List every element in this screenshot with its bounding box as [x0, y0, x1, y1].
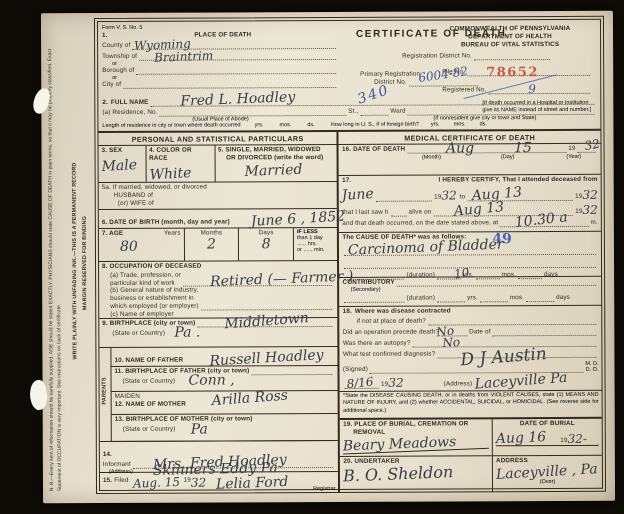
occupation-a2: particular kind of work	[110, 279, 181, 287]
form-header: Form V. S. No. 5 1. PLACE OF DEATH Count…	[98, 20, 600, 89]
month-sub-label: (Month)	[422, 154, 441, 160]
burial-place-cell: 19. PLACE OF BURIAL, CREMATION OR REMOVA…	[340, 419, 492, 457]
certify-row: 17. I HEREBY CERTIFY, That I attended de…	[339, 175, 601, 233]
q18-autopsy-value: No	[442, 336, 461, 349]
certify-saw-value: Aug 13	[454, 200, 505, 219]
father-name-row: 10. NAME OF FATHER Russell Hoadley	[111, 347, 338, 367]
age-months-value: 2	[188, 237, 236, 251]
certificate-paper: N. B.—Every item of information should b…	[41, 11, 615, 503]
certify-yr1-pre: 19	[434, 193, 441, 201]
cause-footnote: *State the DISEASE CAUSING DEATH, or in …	[340, 391, 602, 420]
signed-label: (Signed)	[343, 366, 368, 374]
us-ds-label: ds.	[480, 121, 487, 127]
certify-yr2-value: 32	[582, 189, 597, 201]
age-days-cell: Days 8	[238, 228, 293, 260]
us-yrs-label: yrs.	[431, 121, 440, 127]
certify-line2b: alive on	[409, 208, 432, 216]
age-days-value: 8	[242, 237, 290, 251]
informant-row: 14. Informant Mrs. Fred Hoadley (Address…	[100, 440, 339, 473]
q18-number: 18.	[343, 308, 352, 316]
birthplace-sub-label: (State or Country)	[112, 330, 165, 338]
burial-block: 19. PLACE OF BURIAL, CREMATION OR REMOVA…	[340, 419, 602, 493]
mother-birthplace-label: 13. BIRTHPLACE OF MOTHER (city or town)	[115, 415, 335, 424]
county-label: County of	[102, 42, 130, 50]
father-birthplace-row: 11. BIRTHPLACE OF FATHER (city or town) …	[111, 366, 338, 392]
marital-label-1: 5. SINGLE, MARRIED, WIDOWED	[218, 146, 334, 154]
parents-side-label: PARENTS	[101, 348, 108, 434]
length-mos-label: mos.	[279, 122, 291, 128]
scan-photo: { "margin_notes": { "nb": "N. B.—Every i…	[0, 0, 624, 514]
year-sub-label: (Year)	[566, 154, 581, 160]
contributory-row: CONTRIBUTORY (Secondary) (duration) yrs.…	[340, 277, 602, 307]
q18-dateof-label: Date of	[469, 328, 490, 336]
age-label: 7. AGE	[102, 230, 123, 238]
occupation-b3: which employed (or employer)	[110, 303, 199, 311]
ward-label: Ward	[390, 108, 405, 116]
age-years-label: Years	[164, 230, 181, 238]
signature-date-value: 8/16	[346, 375, 374, 390]
residence-label: (a) Residence, No.	[102, 109, 157, 117]
sex-label: 3. SEX	[102, 147, 143, 155]
q18-autopsy-label: Was there an autopsy?	[343, 340, 411, 348]
burial-date-value: Aug 16	[496, 430, 547, 446]
commonwealth-line1: COMMONWEALTH OF PENNSYLVANIA	[426, 25, 594, 34]
marital-cell: 5. SINGLE, MARRIED, WIDOWED OR DIVORCED …	[214, 145, 337, 182]
full-name-block: 2. FULL NAME Fred L. Hoadley 340	[98, 87, 600, 109]
form-number: Form V. S. No. 5	[102, 24, 338, 31]
signature-year-pre: 19	[381, 381, 388, 389]
q18-where2: if not at place of death?	[357, 317, 426, 325]
age-min-label: or ...... min.	[297, 247, 334, 253]
marital-label-2: OR DIVORCED (write the word)	[226, 154, 334, 162]
contrib-duration-label: (duration)	[407, 295, 435, 303]
sex-value: Male	[101, 157, 142, 173]
length-yrs-label: yrs.	[255, 122, 264, 128]
dod-year-pre: 19	[568, 145, 575, 153]
registrar-signature: Lelia Ford	[216, 475, 289, 492]
file-no-value: 78652	[486, 65, 539, 80]
filed-date-value: Aug. 15	[132, 476, 179, 490]
q18-where1: Where was disease contracted	[355, 307, 451, 315]
undertaker-cell: 20. UNDERTAKER B. O. Sheldon	[340, 456, 492, 493]
md-label: M. D.	[585, 361, 598, 367]
contrib-days-label: days	[556, 294, 570, 302]
contributory-label: CONTRIBUTORY	[343, 279, 395, 287]
age-cell: 7. AGE Years 80	[99, 228, 184, 260]
color-race-value: White	[149, 164, 212, 181]
occupation-label: 8. OCCUPATION OF DECEASED	[102, 262, 334, 271]
margin-note-write-plainly: WRITE PLAINLY WITH UNFADING INK.—THIS IS…	[71, 71, 79, 451]
q18-operation-label: Did an operation precede death?	[343, 328, 439, 336]
informant-label: Informant	[103, 461, 131, 469]
contrib-yrs-label: yrs.	[467, 294, 478, 302]
township-label: Township of	[102, 53, 137, 61]
contributory-sub: (Secondary)	[351, 286, 599, 293]
age-months-cell: Months 2	[184, 228, 239, 260]
undertaker-value: B. O. Sheldon	[343, 462, 489, 484]
sex-cell: 3. SEX Male	[99, 146, 146, 182]
mother-birthplace-row: 13. BIRTHPLACE OF MOTHER (city or town) …	[112, 414, 339, 441]
full-name-value: Fred L. Hoadley	[180, 90, 295, 109]
q18-test-label: What test confirmed diagnosis?	[343, 350, 435, 358]
filed-label: Filed	[114, 477, 128, 485]
birthplace-state-value: Pa .	[174, 325, 200, 339]
length-residence-label: Length of residence in city or town wher…	[102, 122, 240, 129]
burial-year-pre: 19	[560, 437, 567, 445]
street-label: St.,	[348, 108, 358, 116]
how-long-label: How long in U. S., if of foreign birth?	[331, 121, 419, 127]
borough-label: Borough of	[102, 67, 134, 75]
father-name-label: 10. NAME OF FATHER	[114, 356, 183, 363]
occupation-a1: (a) Trade, profession, or	[110, 271, 181, 279]
margin-note-nb: N. B.—Every item of information should b…	[47, 41, 64, 491]
contrib-mos-label: mos.	[510, 294, 524, 302]
marital-value: Married	[244, 161, 334, 179]
certify-from-value: June	[342, 187, 375, 203]
certify-line3: and that death occurred, on the date sta…	[342, 219, 498, 228]
medical-certificate-column: MEDICAL CERTIFICATE OF DEATH 16. DATE OF…	[339, 131, 602, 493]
certificate-form: Form V. S. No. 5 1. PLACE OF DEATH Count…	[97, 19, 603, 491]
certify-to-label: to	[460, 193, 466, 201]
dob-value: June 6 , 1852	[251, 209, 346, 228]
certify-line1: I HEREBY CERTIFY, That I attended deceas…	[439, 176, 598, 185]
commonwealth-line3: BUREAU OF VITAL STATISTICS	[426, 41, 594, 50]
husband-label-3: (or) WIFE of	[118, 199, 334, 208]
father-birthplace-sub: (State or Country)	[123, 378, 176, 386]
parents-block: PARENTS 10. NAME OF FATHER Russell Hoadl…	[99, 347, 338, 442]
burial-year-value: 32-	[568, 433, 587, 445]
burial-date-cell: DATE OF BURIAL Aug 16 19 32-	[493, 419, 602, 456]
section-2-number: 2.	[102, 99, 108, 107]
certify-yr3-pre: 19	[575, 208, 582, 216]
filed-number: 15.	[103, 477, 112, 485]
certify-m-label: m.	[591, 219, 598, 227]
color-race-label: 4. COLOR OR RACE	[149, 146, 211, 162]
do-label: D. O.	[585, 367, 598, 373]
place-of-death-section: Form V. S. No. 5 1. PLACE OF DEATH Count…	[98, 21, 342, 89]
father-birthplace-value: Conn ,	[189, 373, 235, 387]
burial-place-label1: 19. PLACE OF BURIAL, CREMATION OR	[343, 420, 489, 428]
husband-wife-row: 5a. If married, widowed, or divorced HUS…	[99, 182, 338, 210]
date-of-death-label: 16. DATE OF DEATH	[342, 146, 405, 154]
personal-header: PERSONAL AND STATISTICAL PARTICULARS	[98, 132, 336, 146]
cause-of-death-row: The CAUSE OF DEATH* was as follows: 49 C…	[339, 232, 601, 278]
registrar-label: Registrar	[313, 486, 335, 492]
age-years-value: 80	[120, 239, 181, 253]
certify-yr3-value: 32	[582, 204, 597, 216]
margin-note-binding: MARGIN RESERVED FOR BINDING	[81, 113, 89, 413]
registration-section: CERTIFICATE OF DEATH COMMONWEALTH OF PEN…	[342, 20, 600, 88]
township-value: Braintrim	[154, 49, 213, 63]
informant-number: 14.	[103, 451, 112, 458]
day-sub-label: (Day)	[501, 154, 514, 160]
age-less-cell: IF LESS than 1 day ...... hrs. or ......…	[293, 228, 338, 260]
signature-address-value: Laceyville Pa	[474, 370, 568, 391]
mother-name-row: MAIDEN 12. NAME OF MOTHER Arilla Ross	[112, 391, 339, 415]
dod-day-value: 15	[514, 141, 532, 155]
mother-birthplace-value: Pa	[191, 422, 208, 436]
city-label: City of	[102, 81, 121, 89]
birthplace-row: 9. BIRTHPLACE (city or town) Middletown …	[99, 318, 338, 348]
signature-year-value: 32	[388, 376, 403, 388]
question-18-block: 18. Where was disease contracted if not …	[340, 306, 602, 392]
certify-number: 17.	[342, 177, 351, 185]
length-ds-label: ds.	[307, 122, 314, 128]
filed-year-pre: 19	[184, 476, 191, 484]
mother-birthplace-sub: (State or Country)	[123, 425, 176, 433]
dod-month-value: Aug	[446, 141, 474, 155]
us-mos-label: mos.	[454, 121, 466, 127]
dod-year-value: 32	[583, 137, 600, 152]
filed-year-value: 32	[191, 476, 206, 488]
full-name-label: FULL NAME	[111, 99, 149, 107]
certify-yr1-value: 32	[441, 189, 456, 201]
undertaker-address-cell: ADDRESS Laceyville , Pa (Over)	[493, 456, 602, 492]
dob-row: 6. DATE OF BIRTH (month, day and year) J…	[99, 209, 338, 229]
filed-row: 15. Filed Aug. 15 19 32 Lelia Ford Regis…	[100, 472, 339, 494]
personal-particulars-column: PERSONAL AND STATISTICAL PARTICULARS 3. …	[98, 132, 340, 494]
dob-label: 6. DATE OF BIRTH (month, day and year)	[102, 218, 230, 226]
registration-district-label: Registration District No.	[402, 53, 472, 61]
burial-date-label: DATE OF BURIAL	[496, 420, 599, 428]
certify-yr2-pre: 19	[575, 193, 582, 201]
burial-place-value: Beary Meadows	[343, 433, 489, 454]
certify-line2a: that I last saw h	[342, 209, 388, 217]
date-of-death-row: 16. DATE OF DEATH 19 Aug 15 32 (Month) (…	[339, 144, 601, 176]
signature-address-label: (Address)	[444, 380, 473, 388]
color-race-cell: 4. COLOR OR RACE White	[145, 145, 214, 181]
